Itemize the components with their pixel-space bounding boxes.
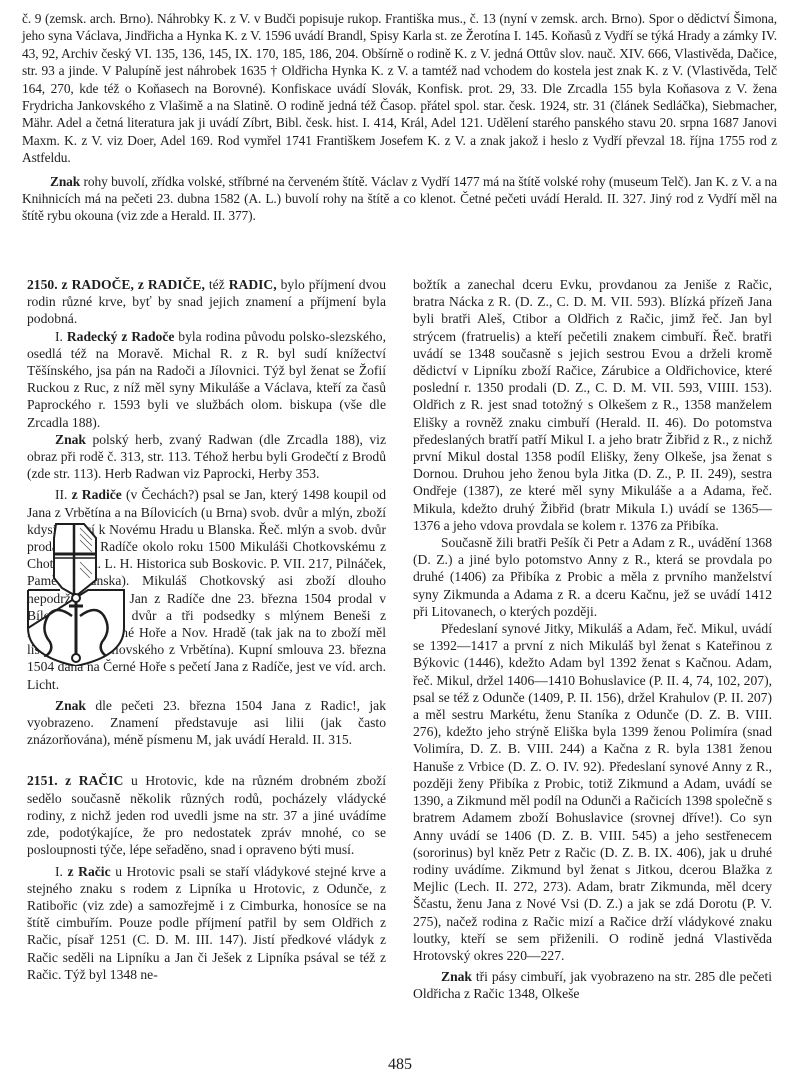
entry-2150-alt-name: RADIC, <box>229 277 277 292</box>
entry-2150-branch-1: I. Radecký z Radoče byla rodina původu p… <box>27 328 386 431</box>
znak-label: Znak <box>441 969 472 984</box>
entry-2150-branch-2-arms: Znak dle pečeti 23. března 1504 Jana z R… <box>27 697 386 749</box>
branch-1-name: z Račic <box>68 864 111 879</box>
entry-2151-title: 2151. z RAČIC <box>27 773 123 788</box>
entry-2151-heading-paragraph: 2151. z RAČIC u Hrotovic, kde na různém … <box>27 772 386 858</box>
paragraph-konas-arms: Znak rohy buvolí, zřídka volské, stříbrn… <box>22 173 777 225</box>
branch-2-name: z Radiče <box>72 487 122 502</box>
top-section: č. 9 (zemsk. arch. Brno). Náhrobky K. z … <box>22 10 777 225</box>
entry-2150-title: 2150. z RADOČE, z RADIČE, <box>27 277 205 292</box>
entry-2150-heading-paragraph: 2150. z RADOČE, z RADIČE, též RADIC, byl… <box>27 276 386 328</box>
entry-2151-arms: Znak tři pásy cimbuří, jak vyobrazeno na… <box>413 968 772 1002</box>
entry-2151-paragraph-jitka: Předeslaní synové Jitky, Mikuláš a Adam,… <box>413 620 772 964</box>
right-column: božtík a zanechal dceru Evku, provdanou … <box>413 276 772 1003</box>
page-number: 485 <box>0 1056 800 1074</box>
book-page: č. 9 (zemsk. arch. Brno). Náhrobky K. z … <box>0 0 800 1090</box>
entry-2151-continuation: božtík a zanechal dceru Evku, provdanou … <box>413 276 772 534</box>
entry-2150-branch-1-arms: Znak polský herb, zvaný Radwan (dle Zrca… <box>27 431 386 483</box>
paragraph-konas-literature: č. 9 (zemsk. arch. Brno). Náhrobky K. z … <box>22 10 777 167</box>
entry-2151-branch-1: I. z Račic u Hrotovic psali se staří vlá… <box>27 863 386 983</box>
znak-label: Znak <box>50 174 80 189</box>
branch-1-name: Radecký z Radoče <box>67 329 175 344</box>
coat-of-arms-icon <box>26 516 126 666</box>
entry-2151-paragraph-pesik: Současně žili bratři Pešík či Petr a Ada… <box>413 534 772 620</box>
